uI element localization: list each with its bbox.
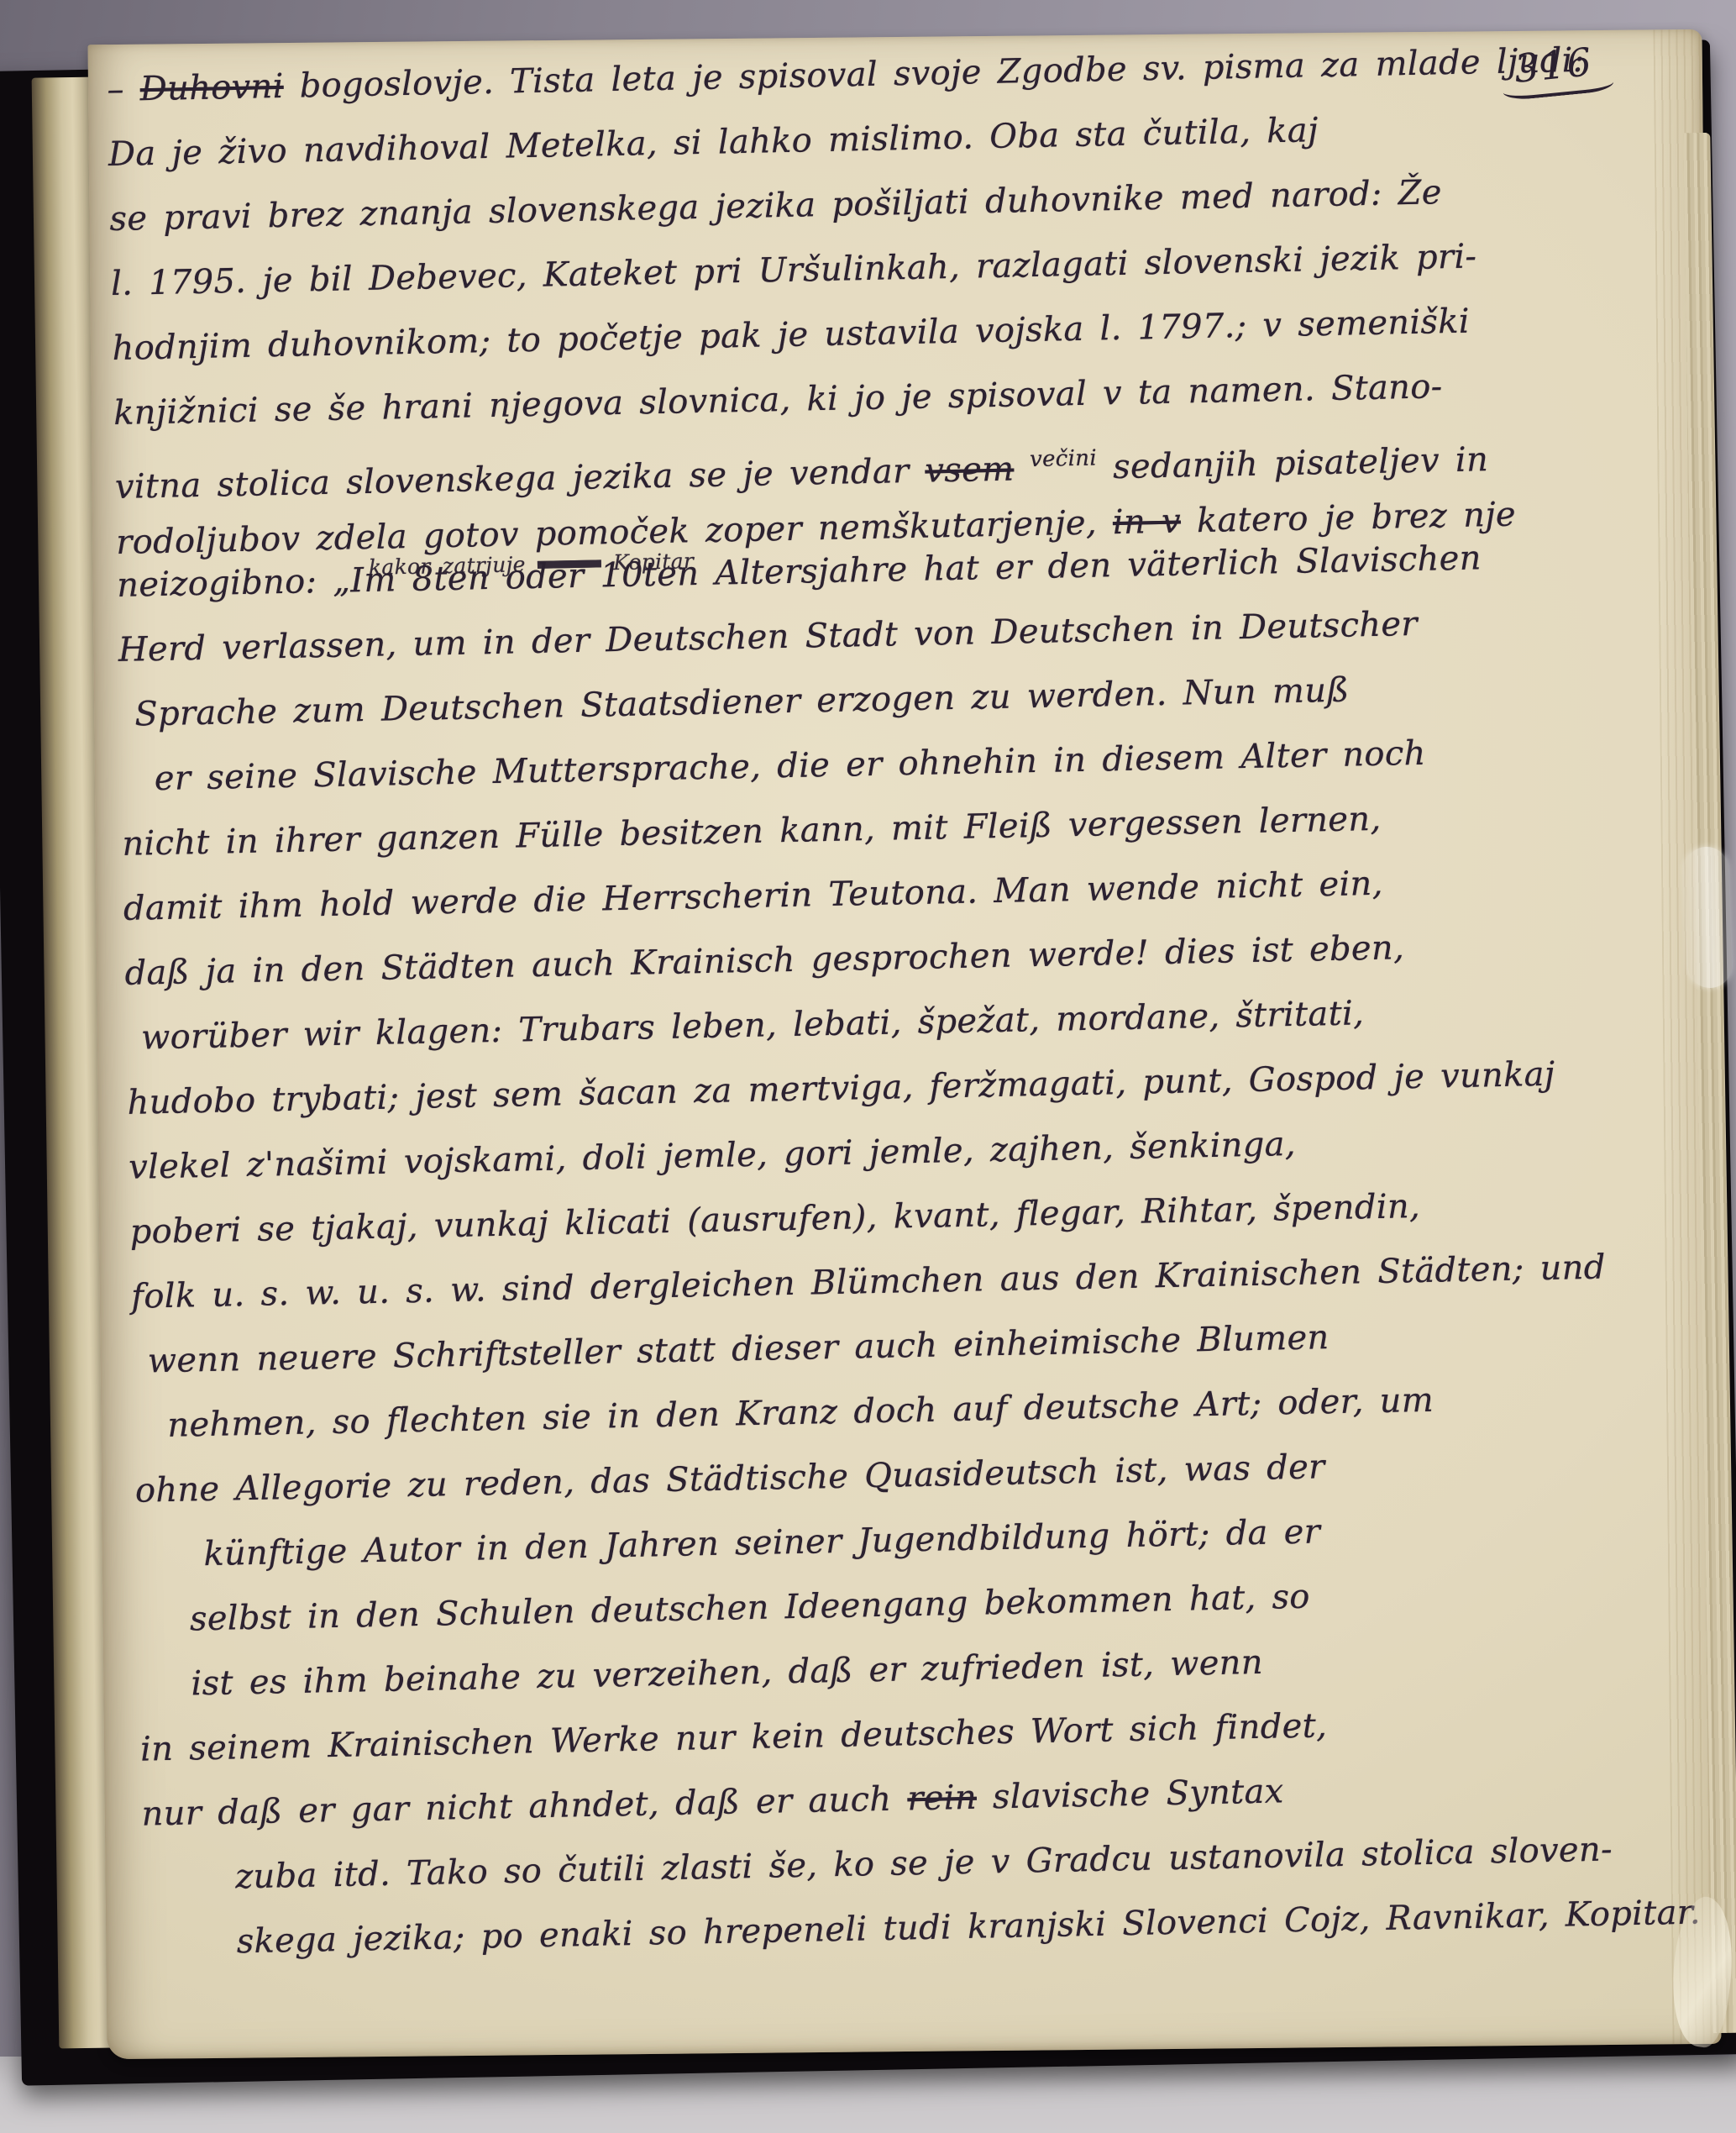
text-segment: vsem (925, 449, 1015, 490)
text-segment: bogoslovje. Tista leta je spisoval svoje… (283, 41, 1585, 106)
text-segment: vlekel z'našimi vojskami, doli jemle, go… (128, 1125, 1296, 1187)
page-holder-reflection (1684, 846, 1733, 989)
text-segment: selbst in den Schulen deutschen Ideengan… (190, 1578, 1311, 1639)
text-segment: wenn neuere Schriftsteller statt dieser … (147, 1318, 1330, 1380)
text-segment: ist es ihm beinahe zu verzeihen, daß er … (191, 1643, 1263, 1704)
text-segment: večini (1030, 446, 1097, 473)
text-segment: Da je živo navdihoval Metelka, si lahko … (108, 111, 1319, 174)
text-segment: nehmen, so flechten sie in den Kranz doc… (167, 1381, 1434, 1445)
text-segment: künftige Autor in den Jahren seiner Juge… (203, 1512, 1320, 1573)
text-segment: nur daß er gar nicht ahndet, daß er auch (141, 1779, 908, 1833)
text-segment: er seine Slavische Muttersprache, die er… (154, 734, 1426, 798)
text-segment: kakor zatrjuje (369, 552, 538, 580)
text-segment: in seinem Krainischen Werke nur kein deu… (140, 1706, 1328, 1768)
photo-background: { "page": { "number": "316" }, "colors":… (0, 0, 1736, 2133)
text-segment: nicht in ihrer ganzen Fülle besitzen kan… (122, 800, 1382, 864)
text-segment: poberi se tjakaj, vunkaj klicati (ausruf… (129, 1187, 1420, 1252)
manuscript-page: 316 – Duhovni bogoslovje. Tista leta je … (88, 29, 1722, 2059)
text-segment: ——— (538, 550, 601, 576)
text-segment (1014, 449, 1031, 488)
text-segment: slavische Syntax (976, 1772, 1284, 1816)
manuscript-text: – Duhovni bogoslovje. Tista leta je spis… (107, 27, 1713, 1977)
text-segment: Herd verlassen, um in der Deutschen Stad… (118, 605, 1418, 670)
text-segment: daß ja in den Städten auch Krainisch ges… (124, 928, 1404, 993)
text-segment: Duhovni (139, 67, 284, 108)
text-segment: rein (907, 1778, 977, 1819)
text-segment: worüber wir klagen: Trubars leben, lebat… (141, 994, 1365, 1057)
text-segment: Kopitar (601, 549, 695, 575)
text-segment: – (107, 70, 140, 109)
text-segment: sedanjih pisateljev in (1097, 440, 1489, 486)
text-segment: ohne Allegorie zu reden, das Städtische … (134, 1447, 1324, 1510)
text-segment: Sprache zum Deutschen Staatsdiener erzog… (134, 671, 1350, 734)
text-segment: damit ihm hold werde die Herrscherin Teu… (123, 864, 1384, 928)
